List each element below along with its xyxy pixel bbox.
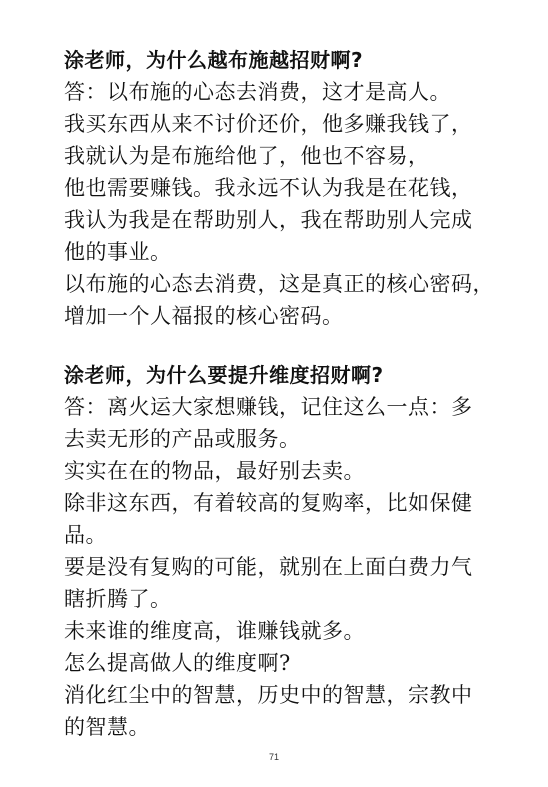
paragraph-line: 我认为我是在帮助别人，我在帮助别人完成 — [64, 204, 494, 236]
section-布施招财: 涂老师，为什么越布施越招财啊? 答：以布施的心态去消费，这才是高人。 我买东西从… — [64, 44, 494, 332]
paragraph-line: 怎么提高做人的维度啊? — [64, 647, 494, 679]
section-heading: 涂老师，为什么越布施越招财啊? — [64, 44, 494, 76]
paragraph-line: 未来谁的维度高，谁赚钱就多。 — [64, 615, 494, 647]
paragraph-line: 除非这东西，有着较高的复购率，比如保健 — [64, 487, 494, 519]
paragraph-line: 去卖无形的产品或服务。 — [64, 423, 494, 455]
paragraph-line: 以布施的心态去消费，这是真正的核心密码， — [64, 268, 494, 300]
section-heading: 涂老师，为什么要提升维度招财啊? — [64, 359, 494, 391]
paragraph-line: 品。 — [64, 519, 494, 551]
paragraph-line: 答：离火运大家想赚钱，记住这么一点：多 — [64, 391, 494, 423]
paragraph-line: 增加一个人福报的核心密码。 — [64, 300, 494, 332]
paragraph-line: 消化红尘中的智慧，历史中的智慧，宗教中 — [64, 679, 494, 711]
paragraph-line: 答：以布施的心态去消费，这才是高人。 — [64, 76, 494, 108]
paragraph-line: 要是没有复购的可能，就别在上面白费力气 — [64, 551, 494, 583]
paragraph-line: 我买东西从来不讨价还价，他多赚我钱了， — [64, 108, 494, 140]
document-page: 涂老师，为什么越布施越招财啊? 答：以布施的心态去消费，这才是高人。 我买东西从… — [64, 44, 494, 743]
page-number: 71 — [0, 752, 548, 762]
paragraph-line: 的智慧。 — [64, 711, 494, 743]
paragraph-line: 瞎折腾了。 — [64, 583, 494, 615]
section-提升维度: 涂老师，为什么要提升维度招财啊? 答：离火运大家想赚钱，记住这么一点：多 去卖无… — [64, 359, 494, 743]
paragraph-line: 他的事业。 — [64, 236, 494, 268]
paragraph-line: 他也需要赚钱。我永远不认为我是在花钱， — [64, 172, 494, 204]
paragraph-line: 实实在在的物品，最好别去卖。 — [64, 455, 494, 487]
paragraph-line: 我就认为是布施给他了，他也不容易， — [64, 140, 494, 172]
